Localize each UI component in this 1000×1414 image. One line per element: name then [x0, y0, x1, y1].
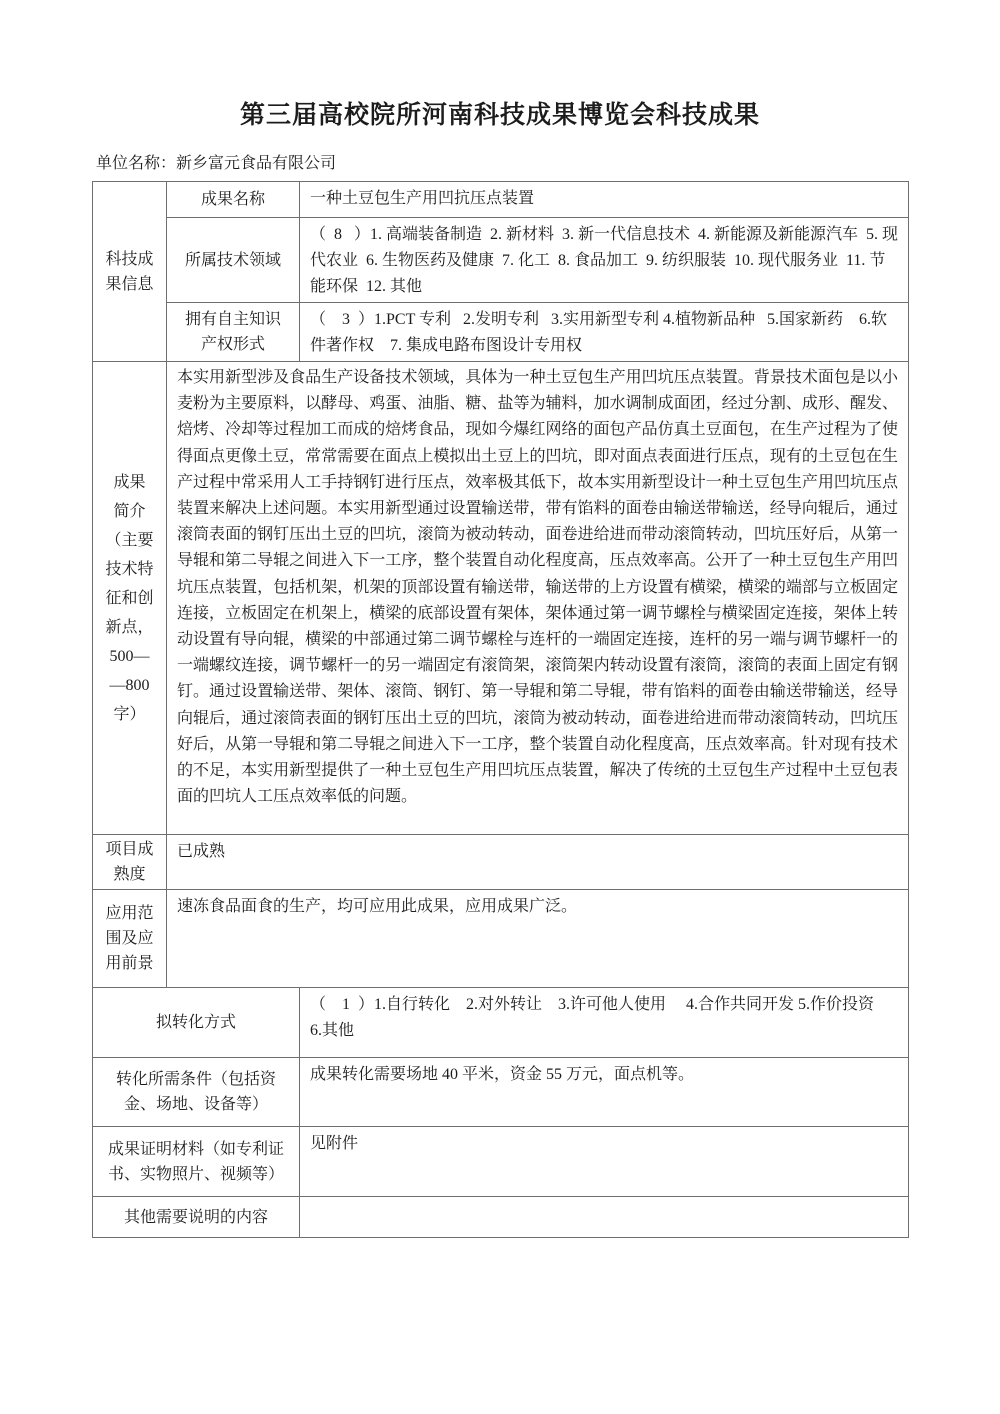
summary-value: 本实用新型涉及食品生产设备技术领域，具体为一种土豆包生产用凹坑压点装置。背景技术…	[167, 362, 909, 835]
other-notes-label: 其他需要说明的内容	[93, 1197, 300, 1238]
unit-name-line: 单位名称：新乡富元食品有限公司	[96, 153, 1000, 175]
conditions-value: 成果转化需要场地 40 平米，资金 55 万元，面点机等。	[300, 1058, 909, 1127]
table-row: 其他需要说明的内容	[93, 1197, 909, 1238]
ip-form-label: 拥有自主知识 产权形式	[167, 303, 300, 362]
table-row: 拟转化方式 （ 1 ）1.自行转化 2.对外转让 3.许可他人使用 4.合作共同…	[93, 988, 909, 1058]
maturity-label: 项目成 熟度	[93, 835, 167, 890]
table-row: 所属技术领域 （ 8 ）1. 高端装备制造 2. 新材料 3. 新一代信息技术 …	[93, 218, 909, 303]
application-value: 速冻食品面食的生产，均可应用此成果，应用成果广泛。	[167, 890, 909, 988]
application-label: 应用范 围及应 用前景	[93, 890, 167, 988]
ip-form-value: （ 3 ）1.PCT 专利 2.发明专利 3.实用新型专利 4.植物新品种 5.…	[300, 303, 909, 362]
proof-materials-label: 成果证明材料（如专利证 书、实物照片、视频等）	[93, 1127, 300, 1197]
other-notes-value	[300, 1197, 909, 1238]
document-page: 第三届高校院所河南科技成果博览会科技成果 单位名称：新乡富元食品有限公司 科技成…	[0, 0, 1000, 1414]
table-row: 项目成 熟度 已成熟	[93, 835, 909, 890]
achievement-form-table: 科技成 果信息 成果名称 一种土豆包生产用凹抗压点装置 所属技术领域 （ 8 ）…	[92, 181, 909, 1238]
achievement-name-value: 一种土豆包生产用凹抗压点装置	[300, 182, 909, 218]
info-group-label: 科技成 果信息	[93, 182, 167, 362]
summary-label: 成果 简介 （主要 技术特 征和创 新点， 500— —800 字）	[93, 362, 167, 835]
tech-field-value: （ 8 ）1. 高端装备制造 2. 新材料 3. 新一代信息技术 4. 新能源及…	[300, 218, 909, 303]
achievement-name-label: 成果名称	[167, 182, 300, 218]
table-row: 成果 简介 （主要 技术特 征和创 新点， 500— —800 字） 本实用新型…	[93, 362, 909, 835]
table-row: 转化所需条件（包括资 金、场地、设备等） 成果转化需要场地 40 平米，资金 5…	[93, 1058, 909, 1127]
transform-mode-value: （ 1 ）1.自行转化 2.对外转让 3.许可他人使用 4.合作共同开发 5.作…	[300, 988, 909, 1058]
tech-field-label: 所属技术领域	[167, 218, 300, 303]
conditions-label: 转化所需条件（包括资 金、场地、设备等）	[93, 1058, 300, 1127]
unit-name-value: 新乡富元食品有限公司	[176, 155, 336, 172]
table-row: 科技成 果信息 成果名称 一种土豆包生产用凹抗压点装置	[93, 182, 909, 218]
page-title: 第三届高校院所河南科技成果博览会科技成果	[0, 0, 1000, 132]
unit-name-label: 单位名称：	[96, 155, 176, 172]
table-row: 拥有自主知识 产权形式 （ 3 ）1.PCT 专利 2.发明专利 3.实用新型专…	[93, 303, 909, 362]
transform-mode-label: 拟转化方式	[93, 988, 300, 1058]
proof-materials-value: 见附件	[300, 1127, 909, 1197]
table-row: 应用范 围及应 用前景 速冻食品面食的生产，均可应用此成果，应用成果广泛。	[93, 890, 909, 988]
maturity-value: 已成熟	[167, 835, 909, 890]
table-row: 成果证明材料（如专利证 书、实物照片、视频等） 见附件	[93, 1127, 909, 1197]
